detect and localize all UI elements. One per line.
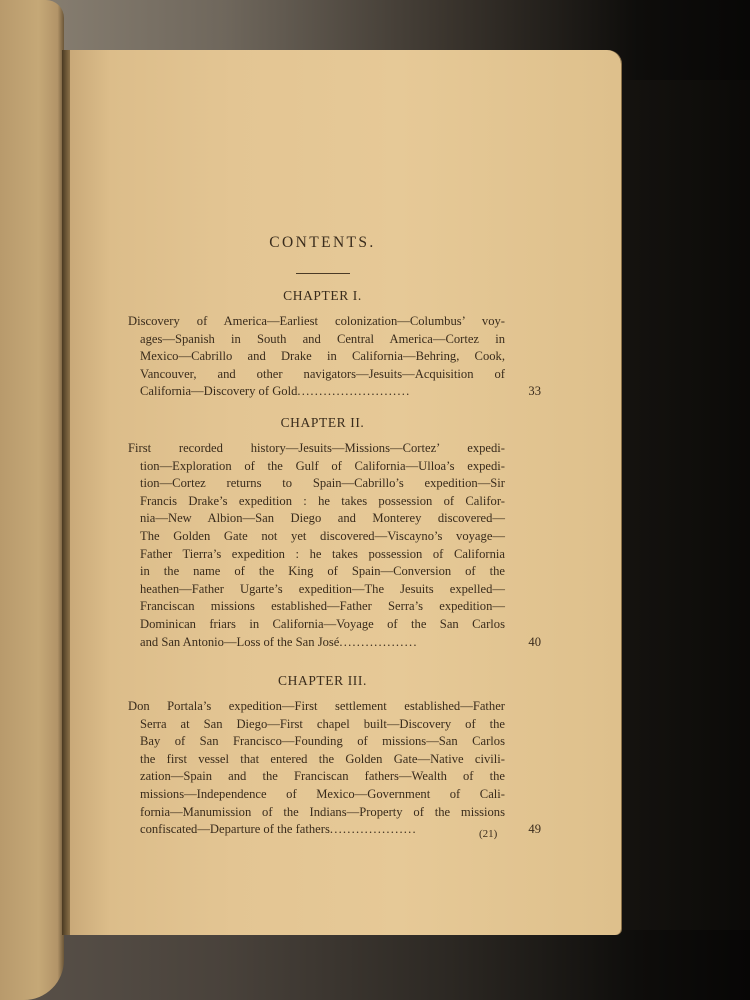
page-number: 49 xyxy=(540,821,541,839)
table-of-contents: CONTENTS. CHAPTER I. Discovery of Americ… xyxy=(140,230,505,839)
background-bottom xyxy=(0,930,750,1000)
summary-line: The Golden Gate not yet discovered—Visca… xyxy=(152,528,505,546)
summary-line: in the name of the King of Spain—Convers… xyxy=(152,563,505,581)
chapter-heading: CHAPTER II. xyxy=(140,415,505,435)
summary-line-text: California—Discovery of Gold xyxy=(140,384,297,398)
summary-line: fornia—Manumission of the Indians—Proper… xyxy=(152,804,505,822)
chapter-heading: CHAPTER III. xyxy=(140,673,505,693)
summary-line: Mexico—Cabrillo and Drake in California—… xyxy=(152,348,505,366)
summary-line: Dominican friars in California—Voyage of… xyxy=(152,616,505,634)
title-rule xyxy=(296,273,350,274)
summary-line: Francis Drake’s expedition : he takes po… xyxy=(152,493,505,511)
summary-line-final: California—Discovery of Gold............… xyxy=(152,383,505,401)
summary-line-text: and San Antonio—Loss of the San José xyxy=(140,635,339,649)
summary-line: Discovery of America—Earliest colonizati… xyxy=(140,313,505,331)
summary-line: Bay of San Francisco—Founding of mission… xyxy=(152,733,505,751)
summary-line: the first vessel that entered the Golden… xyxy=(152,751,505,769)
left-page-edge xyxy=(0,0,64,1000)
dot-leader: .......................... xyxy=(297,384,410,398)
summary-line: tion—Exploration of the Gulf of Californ… xyxy=(152,458,505,476)
page-title: CONTENTS. xyxy=(140,230,505,256)
summary-line: tion—Cortez returns to Spain—Cabrillo’s … xyxy=(152,475,505,493)
summary-line: Father Tierra’s expedition : he takes po… xyxy=(152,546,505,564)
chapter-summary: Don Portala’s expedition—First settlemen… xyxy=(140,698,505,839)
summary-line: Vancouver, and other navigators—Jesuits—… xyxy=(152,366,505,384)
book-gutter xyxy=(62,50,70,935)
dot-leader: .................... xyxy=(330,822,417,836)
summary-line: Franciscan missions established—Father S… xyxy=(152,598,505,616)
summary-line: Serra at San Diego—First chapel built—Di… xyxy=(152,716,505,734)
chapter-heading: CHAPTER I. xyxy=(140,288,505,308)
folio-page-number: (21) xyxy=(479,828,497,840)
page-number: 40 xyxy=(540,634,541,652)
summary-line-final: and San Antonio—Loss of the San José....… xyxy=(152,634,505,652)
chapter-summary: Discovery of America—Earliest colonizati… xyxy=(140,313,505,401)
summary-line: missions—Independence of Mexico—Governme… xyxy=(152,786,505,804)
summary-line-text: confiscated—Departure of the fathers xyxy=(140,822,330,836)
summary-line-final: confiscated—Departure of the fathers....… xyxy=(152,821,505,839)
summary-line: zation—Spain and the Franciscan fathers—… xyxy=(152,768,505,786)
page-number: 33 xyxy=(540,383,541,401)
summary-line: nia—New Albion—San Diego and Monterey di… xyxy=(152,510,505,528)
summary-line: heathen—Father Ugarte’s expedition—The J… xyxy=(152,581,505,599)
summary-line: First recorded history—Jesuits—Missions—… xyxy=(140,440,505,458)
dot-leader: .................. xyxy=(339,635,417,649)
summary-line: Don Portala’s expedition—First settlemen… xyxy=(140,698,505,716)
chapter-summary: First recorded history—Jesuits—Missions—… xyxy=(140,440,505,651)
summary-line: ages—Spanish in South and Central Americ… xyxy=(152,331,505,349)
